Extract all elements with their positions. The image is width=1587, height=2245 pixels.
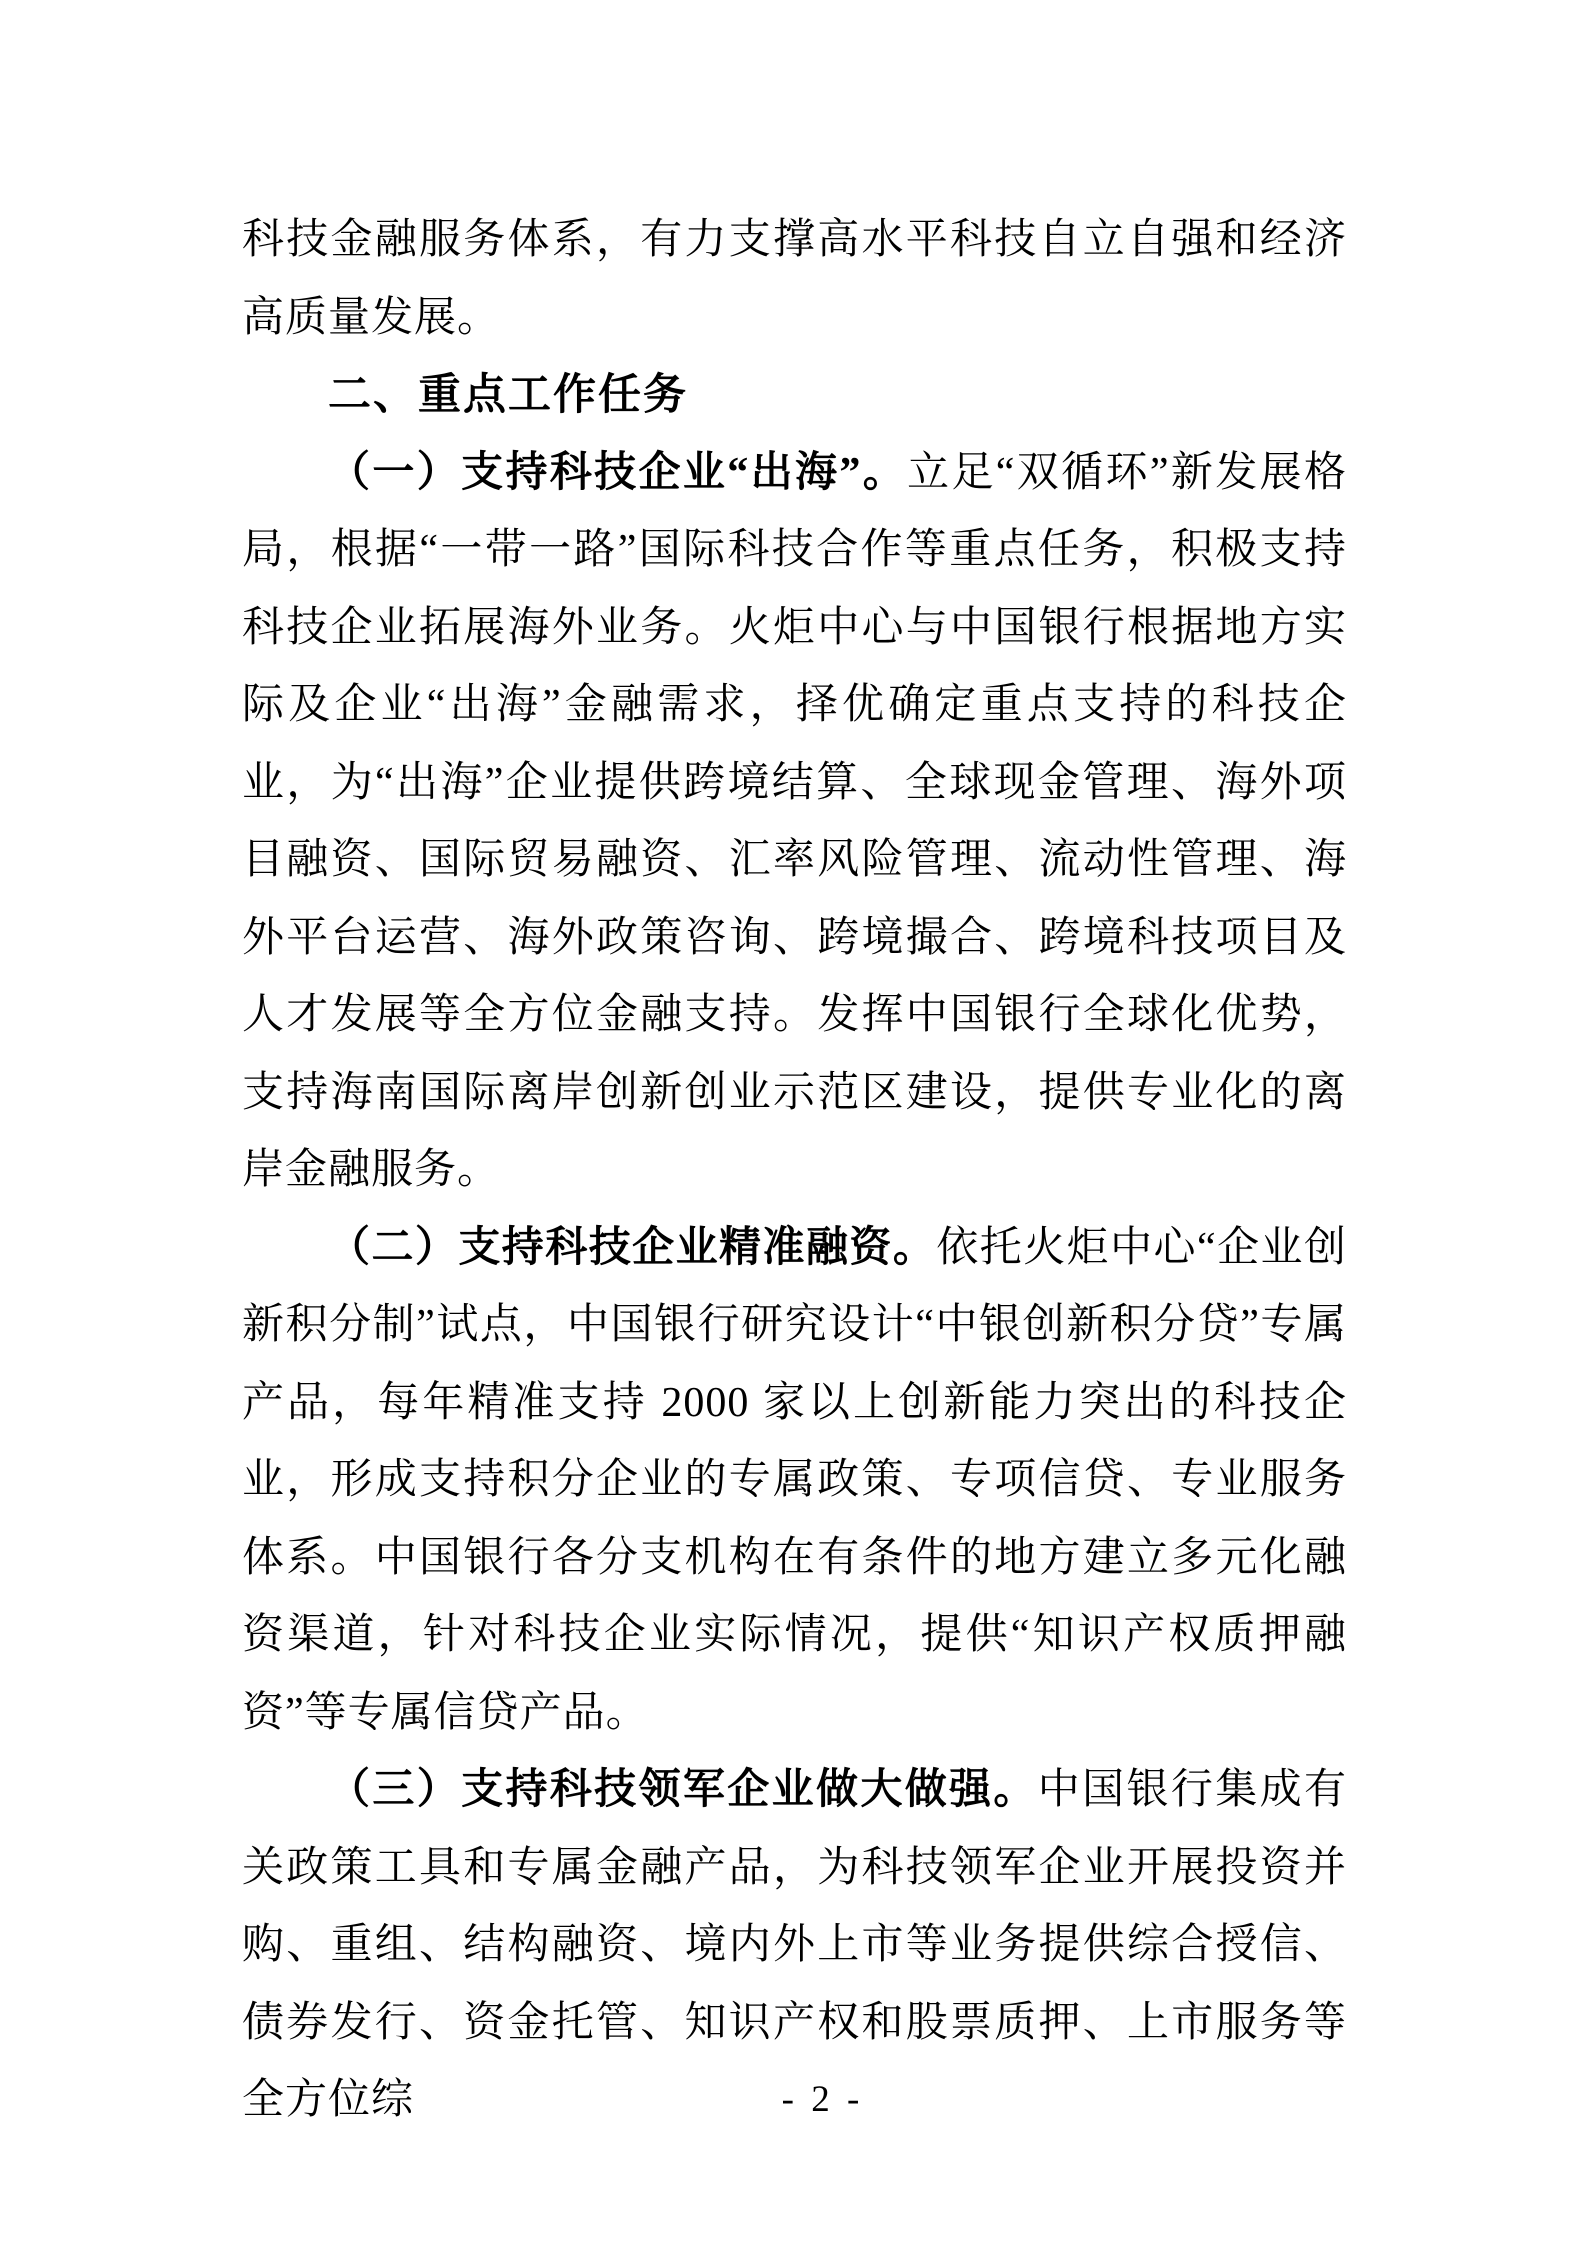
paragraph-item-1-text: 立足“双循环”新发展格局，根据“一带一路”国际科技合作等重点任务，积极支持科技企… <box>242 450 1347 1194</box>
page-number: - 2 - <box>0 2080 1587 2120</box>
paragraph-item-3-text: 中国银行集成有关政策工具和专属金融产品，为科技领军企业开展投资并购、重组、结构融… <box>242 1767 1347 2123</box>
paragraph-item-2: （二）支持科技企业精准融资。依托火炬中心“企业创新积分制”试点，中国银行研究设计… <box>242 1210 1347 1753</box>
paragraph-item-3-lead: （三）支持科技领军企业做大做强。 <box>328 1767 1038 1813</box>
document-page: 科技金融服务体系，有力支撑高水平科技自立自强和经济高质量发展。 二、重点工作任务… <box>0 0 1587 2245</box>
paragraph-item-1: （一）支持科技企业“出海”。立足“双循环”新发展格局，根据“一带一路”国际科技合… <box>242 435 1347 1210</box>
paragraph-continuation: 科技金融服务体系，有力支撑高水平科技自立自强和经济高质量发展。 <box>242 202 1347 357</box>
document-body: 科技金融服务体系，有力支撑高水平科技自立自强和经济高质量发展。 二、重点工作任务… <box>242 202 1347 2140</box>
paragraph-item-2-text: 依托火炬中心“企业创新积分制”试点，中国银行研究设计“中银创新积分贷”专属产品，… <box>242 1225 1347 1736</box>
section-heading: 二、重点工作任务 <box>242 357 1347 435</box>
paragraph-continuation-text: 科技金融服务体系，有力支撑高水平科技自立自强和经济高质量发展。 <box>242 217 1347 341</box>
paragraph-item-2-lead: （二）支持科技企业精准融资。 <box>328 1225 936 1271</box>
paragraph-item-1-lead: （一）支持科技企业“出海”。 <box>328 450 907 496</box>
